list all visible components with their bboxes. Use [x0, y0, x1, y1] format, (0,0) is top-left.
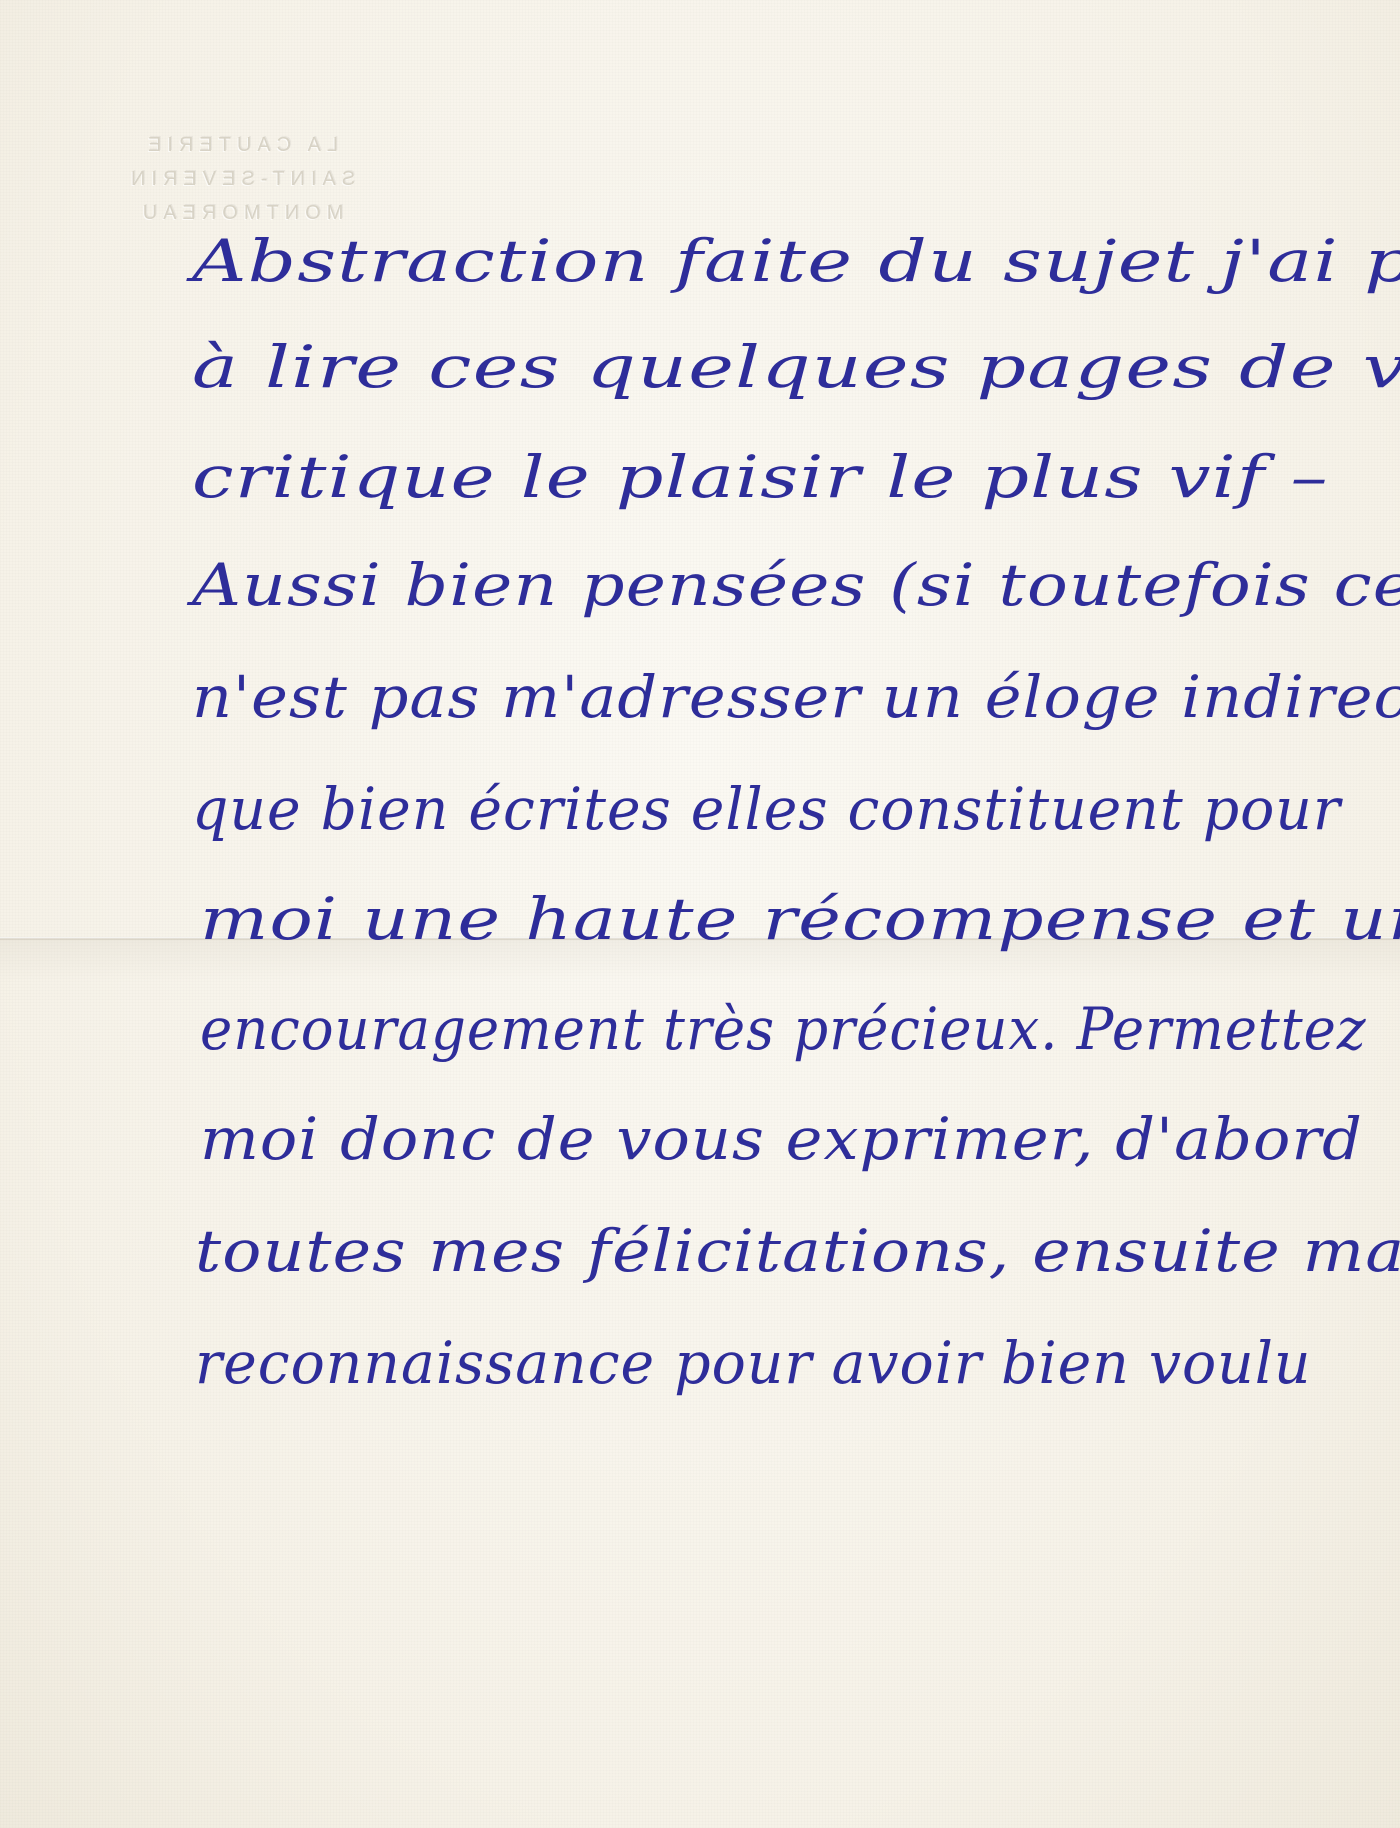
letter-line-8: encouragement très précieux. Permettez [200, 1000, 1366, 1058]
letter-line-7: moi une haute récompense et un [200, 890, 1400, 948]
letter-line-10: toutes mes félicitations, ensuite ma [195, 1222, 1400, 1280]
letter-line-11: reconnaissance pour avoir bien voulu [195, 1334, 1311, 1392]
letter-line-5: n'est pas m'adresser un éloge indirect) [192, 668, 1400, 726]
letter-body: Abstraction faite du sujet j'ai pris à l… [0, 0, 1400, 1828]
letter-page: LA CAUTERIE SAINT-SEVERIN MONTMOREAU Abs… [0, 0, 1400, 1828]
letter-line-6: que bien écrites elles constituent pour [192, 780, 1341, 838]
letter-line-3: critique le plaisir le plus vif – [192, 448, 1329, 506]
letter-line-2: à lire ces quelques pages de vraie [192, 338, 1400, 396]
letter-line-1: Abstraction faite du sujet j'ai pris [192, 232, 1400, 290]
letter-line-9: moi donc de vous exprimer, d'abord [200, 1110, 1363, 1168]
letter-line-4: Aussi bien pensées (si toutefois ce [192, 556, 1400, 614]
